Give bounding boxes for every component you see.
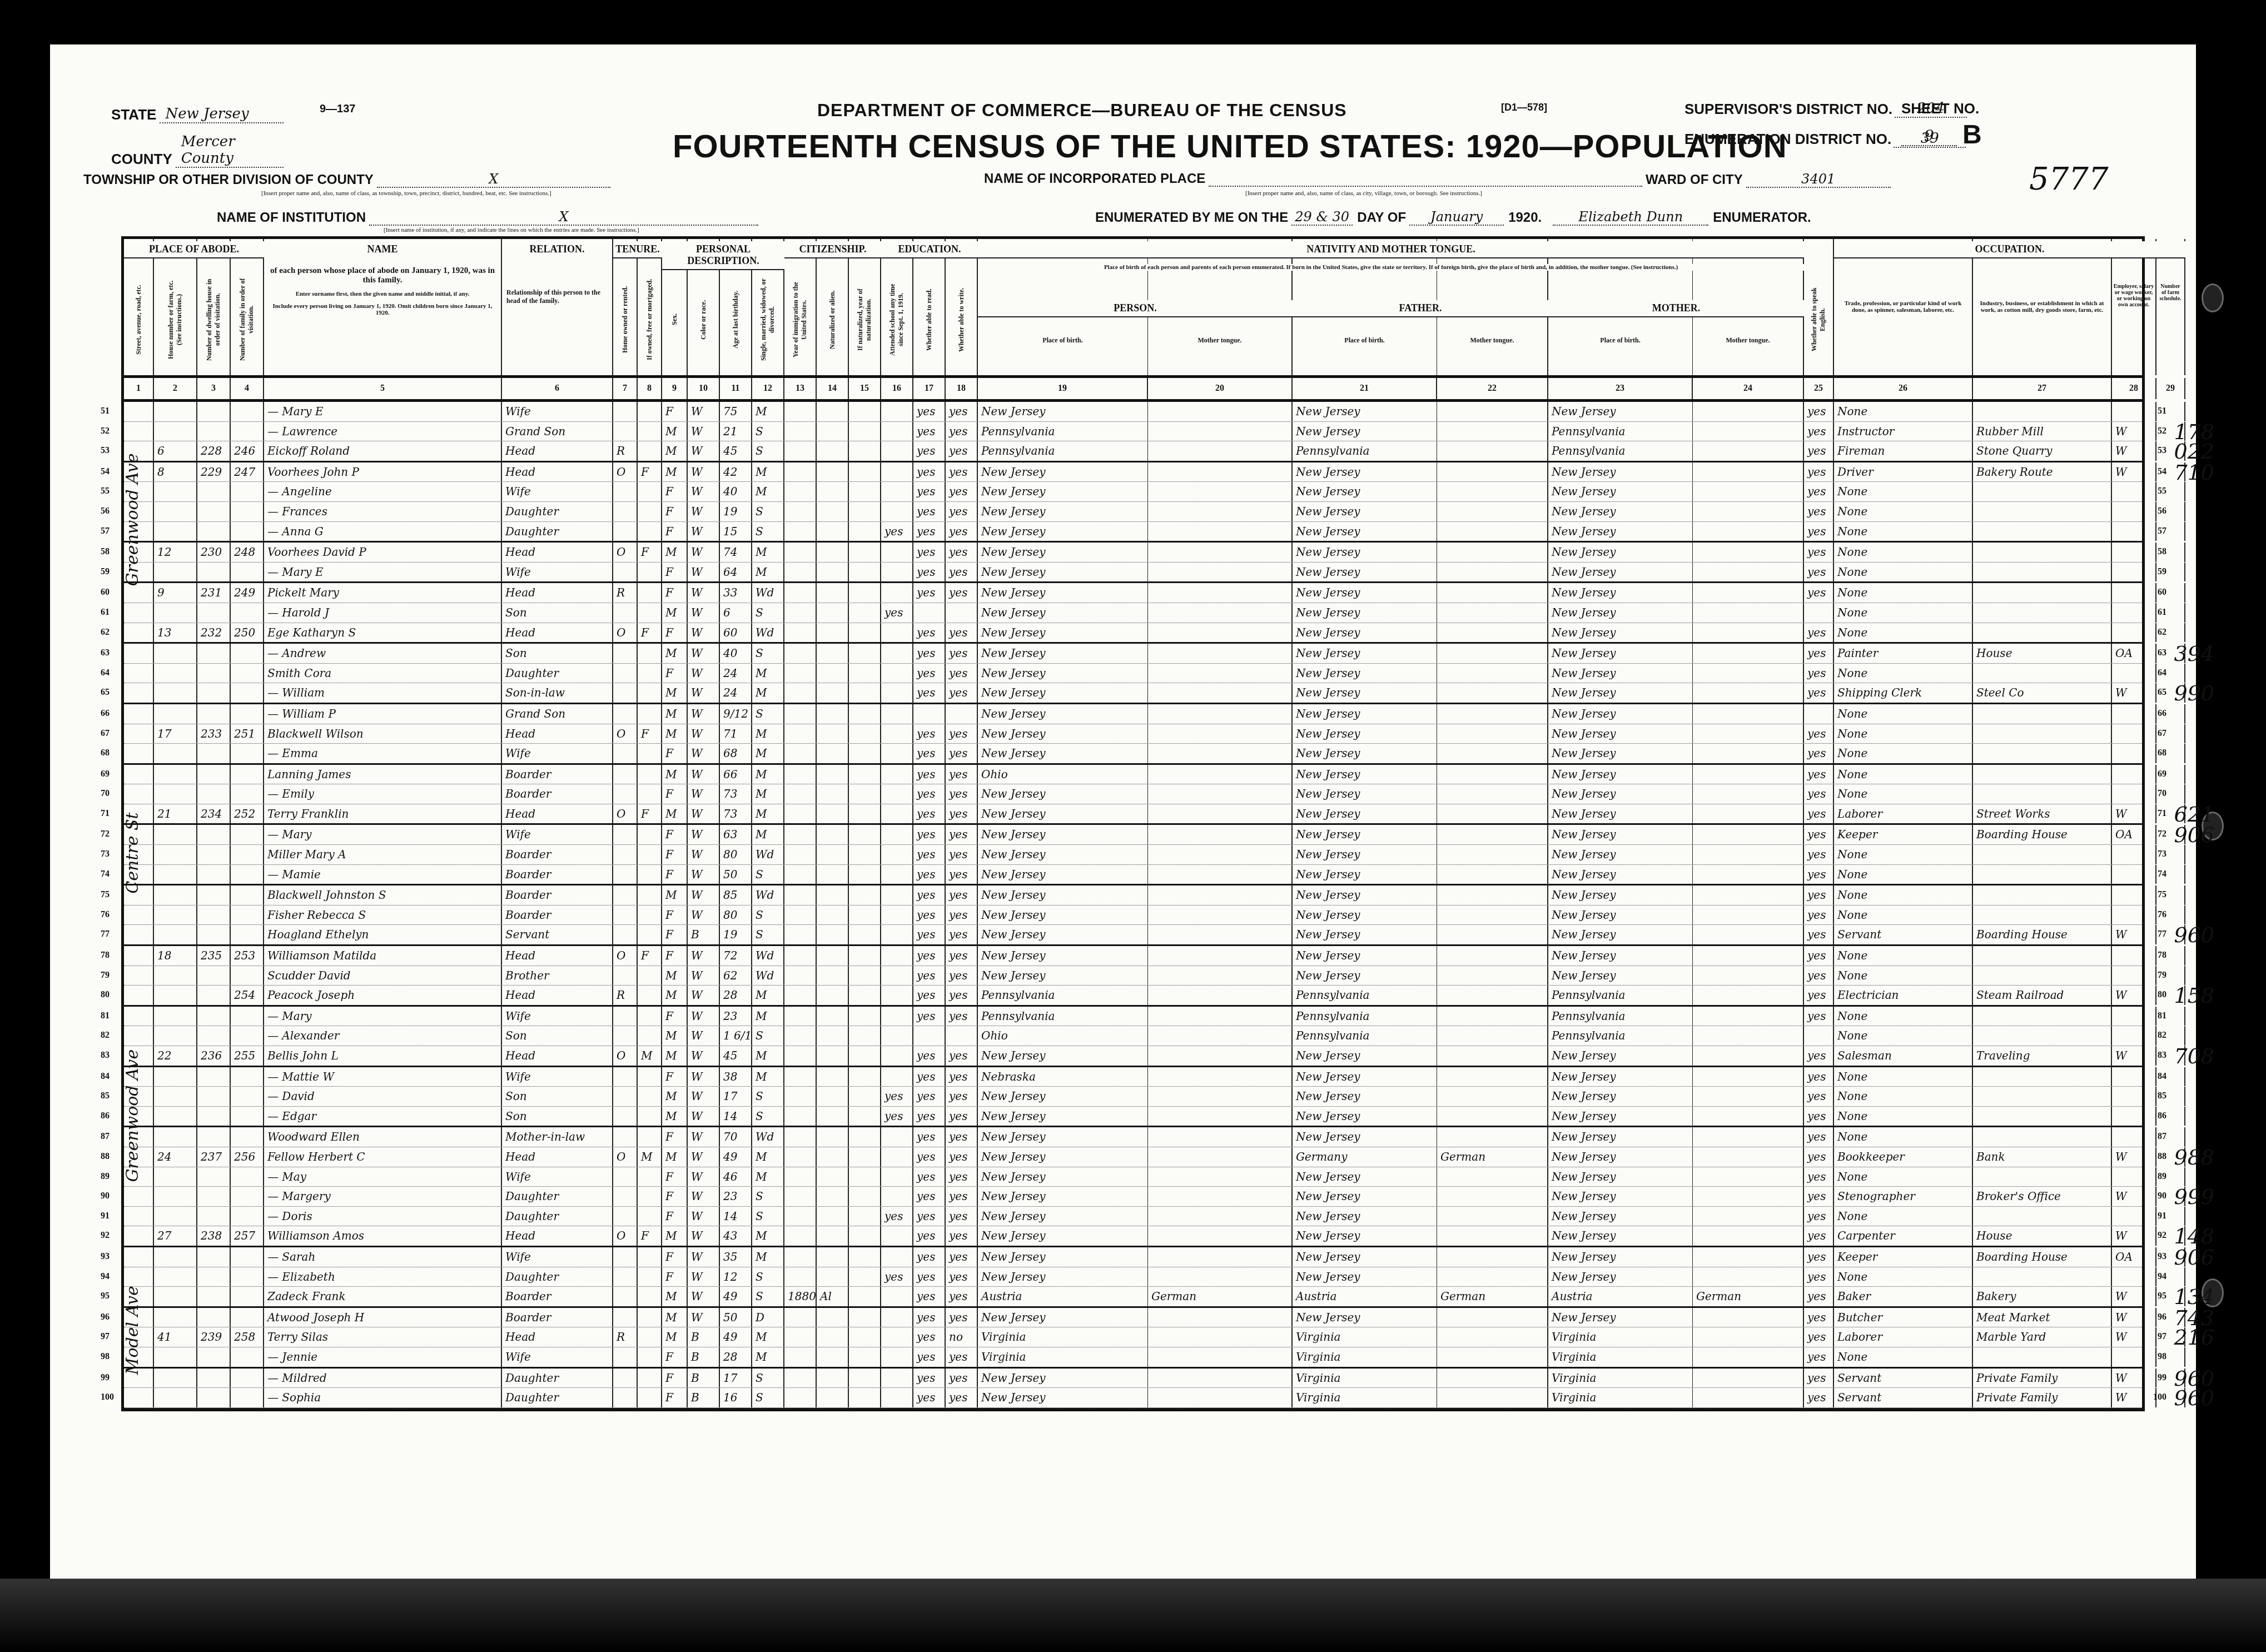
table-row: 9741239258Terry SilasHeadRMB49MyesnoVirg…	[124, 1327, 2142, 1347]
cell-c15	[849, 422, 881, 441]
cell-race: W	[688, 462, 720, 482]
line-number: 95	[101, 1287, 110, 1306]
cell-fpob: New Jersey	[1293, 1107, 1437, 1126]
cell-mpob: New Jersey	[1548, 946, 1693, 966]
cell-mmt	[1693, 664, 1804, 683]
cell-ms: M	[752, 1247, 784, 1267]
cell-write: yes	[946, 583, 978, 603]
cell-mpob: New Jersey	[1548, 765, 1693, 784]
column-header-employer: Employer, salary or wage worker, or work…	[2112, 239, 2156, 375]
cell-read	[913, 1026, 946, 1046]
ward-field: WARD OF CITY 3401	[1646, 171, 1891, 188]
cell-c15	[849, 563, 881, 582]
cell-pob: Virginia	[978, 1347, 1148, 1367]
cell-fmt	[1437, 664, 1548, 683]
table-row: 86— EdgarSonMW14SyesyesyesNew JerseyNew …	[124, 1107, 2142, 1128]
cell-mpob: New Jersey	[1548, 1207, 1693, 1226]
cell-c13	[784, 1087, 817, 1106]
cell-name: — Mary	[264, 825, 502, 844]
column-header-c7: Home owned or rented.	[613, 239, 638, 375]
cell-fpob: New Jersey	[1293, 925, 1437, 944]
cell-age: 23	[720, 1187, 752, 1206]
cell-fpob: New Jersey	[1293, 1187, 1437, 1206]
cell-c16	[881, 1007, 913, 1026]
cell-c4	[231, 784, 264, 804]
cell-race: W	[688, 422, 720, 441]
line-number: 61	[101, 603, 110, 622]
cell-c16	[881, 402, 913, 421]
cell-c3: 239	[197, 1327, 231, 1347]
cell-eng: yes	[1804, 462, 1834, 482]
cell-c4	[231, 925, 264, 944]
cell-c3	[197, 1388, 231, 1407]
cell-c2	[154, 1287, 197, 1306]
line-number-right: 70	[2158, 784, 2166, 803]
cell-write: yes	[946, 441, 978, 461]
cell-mmt	[1693, 1046, 1804, 1066]
cell-read: yes	[913, 1167, 946, 1187]
cell-c14	[817, 683, 849, 703]
cell-pob: New Jersey	[978, 1087, 1148, 1106]
cell-trade: Servant	[1834, 1388, 1973, 1407]
cell-c7	[613, 765, 638, 784]
cell-name: Fellow Herbert C	[264, 1147, 502, 1167]
cell-age: 50	[720, 1308, 752, 1327]
cell-name: — Doris	[264, 1207, 502, 1226]
cell-age: 49	[720, 1327, 752, 1347]
cell-rel: Daughter	[502, 502, 613, 521]
cell-c7	[613, 482, 638, 501]
cell-ind: Traveling	[1973, 1046, 2112, 1066]
cell-mt	[1148, 563, 1293, 582]
cell-c7	[613, 925, 638, 944]
column-number: 25	[1804, 378, 1834, 399]
line-number-right: 52	[2158, 422, 2166, 441]
state-county-block: STATE New Jersey COUNTY Mercer County	[111, 106, 284, 178]
cell-c4	[231, 885, 264, 905]
cell-mt	[1148, 603, 1293, 623]
cell-mt	[1148, 1087, 1293, 1106]
cell-fmt	[1437, 563, 1548, 582]
cell-c8: F	[638, 623, 662, 643]
cell-c13	[784, 462, 817, 482]
column-header-trade: Trade, profession, or particular kind of…	[1834, 239, 1973, 375]
cell-age: 68	[720, 744, 752, 763]
cell-name: Peacock Joseph	[264, 986, 502, 1005]
cell-pob: New Jersey	[978, 865, 1148, 884]
cell-c8	[638, 563, 662, 582]
cell-c4	[231, 905, 264, 925]
cell-mmt	[1693, 704, 1804, 724]
cell-c16	[881, 1327, 913, 1347]
cell-mpob: New Jersey	[1548, 1187, 1693, 1206]
cell-ms: S	[752, 603, 784, 623]
cell-write: yes	[946, 784, 978, 804]
cell-trade: Shipping Clerk	[1834, 683, 1973, 703]
column-number: 1	[124, 378, 154, 399]
cell-eng: yes	[1804, 1287, 1834, 1306]
cell-emp	[2112, 623, 2156, 643]
cell-fpob: New Jersey	[1293, 1226, 1437, 1246]
cell-c15	[849, 623, 881, 643]
cell-rel: Daughter	[502, 522, 613, 541]
cell-name: Hoagland Ethelyn	[264, 925, 502, 944]
cell-ind: Steel Co	[1973, 683, 2112, 703]
cell-read: yes	[913, 885, 946, 905]
cell-race: W	[688, 1026, 720, 1046]
cell-mt	[1148, 1388, 1293, 1407]
line-number: 84	[101, 1067, 110, 1086]
cell-write: yes	[946, 925, 978, 944]
cell-read: yes	[913, 462, 946, 482]
cell-ind: Boarding House	[1973, 825, 2112, 844]
cell-c7	[613, 1026, 638, 1046]
cell-mt	[1148, 704, 1293, 724]
cell-c14	[817, 1107, 849, 1126]
cell-fpob: New Jersey	[1293, 765, 1437, 784]
cell-c16: yes	[881, 1207, 913, 1226]
cell-c8	[638, 1087, 662, 1106]
cell-mmt	[1693, 1167, 1804, 1187]
cell-mt	[1148, 1369, 1293, 1388]
line-number-right: 60	[2158, 583, 2166, 602]
cell-c3	[197, 885, 231, 905]
cell-c13	[784, 522, 817, 541]
cell-c4	[231, 664, 264, 683]
cell-read: yes	[913, 1308, 946, 1327]
cell-trade: None	[1834, 724, 1973, 744]
cell-read: yes	[913, 502, 946, 521]
table-row: 57— Anna GDaughterFW15SyesyesyesNew Jers…	[124, 522, 2142, 543]
cell-c7	[613, 1067, 638, 1087]
table-row: 8824237256Fellow Herbert CHeadOMMW49Myes…	[124, 1147, 2142, 1167]
cell-rel: Head	[502, 1226, 613, 1246]
line-number-right: 99	[2158, 1369, 2166, 1387]
cell-c7	[613, 1007, 638, 1026]
cell-rel: Wife	[502, 1347, 613, 1367]
line-number: 78	[101, 946, 110, 965]
cell-write: yes	[946, 1067, 978, 1087]
cell-age: 70	[720, 1127, 752, 1147]
cell-sex: M	[662, 441, 688, 461]
cell-c15	[849, 683, 881, 703]
cell-ind	[1973, 1026, 2112, 1046]
cell-c2: 8	[154, 462, 197, 482]
cell-c4	[231, 1287, 264, 1306]
line-number-right: 79	[2158, 966, 2166, 985]
cell-fmt	[1437, 1369, 1548, 1388]
line-number-right: 56	[2158, 502, 2166, 521]
cell-emp: W	[2112, 1187, 2156, 1206]
cell-mmt	[1693, 543, 1804, 562]
cell-c2	[154, 522, 197, 541]
cell-c13	[784, 1147, 817, 1167]
cell-write: yes	[946, 543, 978, 562]
cell-c2: 18	[154, 946, 197, 966]
cell-pob: New Jersey	[978, 1267, 1148, 1287]
cell-trade: None	[1834, 664, 1973, 683]
cell-mt	[1148, 482, 1293, 501]
cell-c13	[784, 765, 817, 784]
margin-occupation-code: 158	[2174, 983, 2214, 1008]
cell-age: 24	[720, 664, 752, 683]
cell-c7: R	[613, 1327, 638, 1347]
cell-c7	[613, 825, 638, 844]
cell-name: — Sophia	[264, 1388, 502, 1407]
cell-race: W	[688, 905, 720, 925]
cell-sex: F	[662, 1067, 688, 1087]
street-name-label: Centre St	[123, 740, 142, 894]
cell-ms: S	[752, 1369, 784, 1388]
cell-c14	[817, 704, 849, 724]
cell-fpob: New Jersey	[1293, 724, 1437, 744]
cell-mpob: New Jersey	[1548, 402, 1693, 421]
cell-c14	[817, 765, 849, 784]
cell-c4	[231, 502, 264, 521]
cell-c16	[881, 1187, 913, 1206]
line-number: 68	[101, 744, 110, 763]
cell-c15	[849, 1388, 881, 1407]
cell-mmt	[1693, 1267, 1804, 1287]
cell-mmt	[1693, 1308, 1804, 1327]
cell-c3	[197, 644, 231, 663]
cell-race: W	[688, 1147, 720, 1167]
table-row: 56— FrancesDaughterFW19SyesyesNew Jersey…	[124, 502, 2142, 522]
cell-read	[913, 704, 946, 724]
cell-fpob: Pennsylvania	[1293, 1026, 1437, 1046]
cell-ms: S	[752, 1207, 784, 1226]
cell-rel: Head	[502, 462, 613, 482]
cell-write: yes	[946, 1207, 978, 1226]
cell-rel: Daughter	[502, 664, 613, 683]
cell-c16	[881, 1127, 913, 1147]
table-row: 91— DorisDaughterFW14SyesyesyesNew Jerse…	[124, 1207, 2142, 1227]
cell-c8	[638, 1308, 662, 1327]
table-row: 98— JennieWifeFB28MyesyesVirginiaVirgini…	[124, 1347, 2142, 1369]
cell-c13	[784, 563, 817, 582]
cell-fmt	[1437, 744, 1548, 763]
county-field: COUNTY Mercer County	[111, 133, 284, 168]
cell-race: W	[688, 765, 720, 784]
cell-sex: F	[662, 502, 688, 521]
cell-c15	[849, 1167, 881, 1187]
column-header-c1: Street, avenue, road, etc.	[124, 239, 154, 375]
cell-c2: 22	[154, 1046, 197, 1066]
cell-sex: M	[662, 603, 688, 623]
cell-pob: New Jersey	[978, 563, 1148, 582]
cell-read: yes	[913, 563, 946, 582]
cell-write: yes	[946, 664, 978, 683]
cell-trade: None	[1834, 784, 1973, 804]
cell-trade: None	[1834, 946, 1973, 966]
cell-race: W	[688, 603, 720, 623]
cell-write: yes	[946, 1287, 978, 1306]
table-row: 61— Harold JSonMW6SyesNew JerseyNew Jers…	[124, 603, 2142, 623]
cell-c8: F	[638, 724, 662, 744]
cell-sex: M	[662, 644, 688, 663]
cell-c7	[613, 402, 638, 421]
cell-ind: Bakery	[1973, 1287, 2112, 1306]
cell-ms: M	[752, 1327, 784, 1347]
cell-c2	[154, 482, 197, 501]
cell-c7	[613, 784, 638, 804]
cell-mt	[1148, 986, 1293, 1005]
cell-c1	[124, 683, 154, 703]
cell-pob: New Jersey	[978, 825, 1148, 844]
cell-c14	[817, 664, 849, 683]
cell-fpob: New Jersey	[1293, 563, 1437, 582]
cell-c8	[638, 885, 662, 905]
cell-rel: Wife	[502, 402, 613, 421]
cell-age: 19	[720, 502, 752, 521]
cell-name: Williamson Amos	[264, 1226, 502, 1246]
cell-rel: Boarder	[502, 865, 613, 884]
cell-fmt	[1437, 603, 1548, 623]
line-number-right: 65	[2158, 683, 2166, 702]
cell-write: yes	[946, 1107, 978, 1126]
cell-emp: W	[2112, 1226, 2156, 1246]
cell-c16	[881, 865, 913, 884]
cell-ms: M	[752, 1147, 784, 1167]
cell-age: 14	[720, 1207, 752, 1226]
cell-c3: 231	[197, 583, 231, 603]
cell-rel: Head	[502, 623, 613, 643]
cell-mpob: New Jersey	[1548, 664, 1693, 683]
cell-trade: Driver	[1834, 462, 1973, 482]
cell-mpob: Pennsylvania	[1548, 422, 1693, 441]
cell-fmt	[1437, 905, 1548, 925]
cell-c16	[881, 804, 913, 824]
cell-mt	[1148, 765, 1293, 784]
line-number-right: 82	[2158, 1026, 2166, 1045]
cell-sex: F	[662, 1187, 688, 1206]
cell-write: yes	[946, 1388, 978, 1407]
cell-eng: yes	[1804, 1087, 1834, 1106]
cell-emp	[2112, 946, 2156, 966]
cell-c8	[638, 603, 662, 623]
margin-occupation-code: 960	[2174, 1386, 2214, 1410]
cell-fmt	[1437, 644, 1548, 663]
cell-emp	[2112, 543, 2156, 562]
cell-c15	[849, 1067, 881, 1087]
cell-c14	[817, 1226, 849, 1246]
cell-c3	[197, 865, 231, 884]
cell-write	[946, 1026, 978, 1046]
cell-write	[946, 704, 978, 724]
cell-fmt	[1437, 623, 1548, 643]
cell-c3	[197, 402, 231, 421]
line-number: 59	[101, 563, 110, 581]
cell-ind	[1973, 522, 2112, 541]
table-row: 7818235253Williamson MatildaHeadOFFW72Wd…	[124, 946, 2142, 966]
line-number-right: 62	[2158, 623, 2166, 642]
cell-c14	[817, 623, 849, 643]
cell-c14	[817, 1167, 849, 1187]
cell-c2	[154, 765, 197, 784]
cell-write: yes	[946, 1087, 978, 1106]
cell-c16	[881, 644, 913, 663]
cell-age: 40	[720, 644, 752, 663]
cell-c15	[849, 704, 881, 724]
line-number: 69	[101, 765, 110, 784]
cell-rel: Son	[502, 1026, 613, 1046]
cell-c3	[197, 1369, 231, 1388]
group-mother: MOTHER.	[1548, 300, 1804, 317]
cell-pob: New Jersey	[978, 623, 1148, 643]
cell-sex: F	[662, 482, 688, 501]
cell-race: W	[688, 441, 720, 461]
cell-race: W	[688, 502, 720, 521]
cell-c8	[638, 966, 662, 986]
cell-c7: R	[613, 441, 638, 461]
cell-c15	[849, 522, 881, 541]
cell-c15	[849, 644, 881, 663]
cell-sex: M	[662, 1026, 688, 1046]
cell-mmt	[1693, 683, 1804, 703]
cell-race: W	[688, 1308, 720, 1327]
cell-c4	[231, 1107, 264, 1126]
form-code: [D1—578]	[1501, 102, 1547, 113]
cell-fmt	[1437, 1187, 1548, 1206]
cell-c14	[817, 603, 849, 623]
cell-emp: W	[2112, 1287, 2156, 1306]
cell-c13: 1880	[784, 1287, 817, 1306]
cell-mmt	[1693, 603, 1804, 623]
line-number-right: 91	[2158, 1207, 2166, 1226]
cell-c8	[638, 482, 662, 501]
cell-mmt	[1693, 644, 1804, 663]
cell-ind	[1973, 704, 2112, 724]
cell-read	[913, 603, 946, 623]
cell-mpob: New Jersey	[1548, 865, 1693, 884]
cell-read: yes	[913, 522, 946, 541]
cell-c2	[154, 905, 197, 925]
cell-c15	[849, 462, 881, 482]
cell-c3	[197, 563, 231, 582]
column-number: 21	[1293, 378, 1437, 399]
cell-fpob: New Jersey	[1293, 966, 1437, 986]
cell-c4: 257	[231, 1226, 264, 1246]
cell-race: W	[688, 704, 720, 724]
cell-pob: New Jersey	[978, 683, 1148, 703]
cell-name: Atwood Joseph H	[264, 1308, 502, 1327]
cell-mpob: Pennsylvania	[1548, 1007, 1693, 1026]
cell-sex: F	[662, 522, 688, 541]
cell-mpob: New Jersey	[1548, 482, 1693, 501]
cell-rel: Boarder	[502, 845, 613, 864]
cell-trade: None	[1834, 563, 1973, 582]
cell-race: B	[688, 1347, 720, 1367]
column-number: 13	[784, 378, 817, 399]
cell-ms: M	[752, 986, 784, 1005]
cell-write: yes	[946, 644, 978, 663]
cell-c16	[881, 1308, 913, 1327]
cell-fpob: New Jersey	[1293, 804, 1437, 824]
cell-c13	[784, 1369, 817, 1388]
cell-pob: New Jersey	[978, 603, 1148, 623]
cell-c15	[849, 1007, 881, 1026]
cell-eng: yes	[1804, 804, 1834, 824]
line-number: 66	[101, 704, 110, 723]
cell-rel: Wife	[502, 482, 613, 501]
cell-ind	[1973, 1107, 2112, 1126]
cell-mpob: New Jersey	[1548, 583, 1693, 603]
cell-c16	[881, 845, 913, 864]
cell-c15	[849, 845, 881, 864]
table-header: Street, avenue, road, etc.House number o…	[124, 239, 2142, 378]
cell-emp: W	[2112, 986, 2156, 1005]
cell-c16	[881, 825, 913, 844]
